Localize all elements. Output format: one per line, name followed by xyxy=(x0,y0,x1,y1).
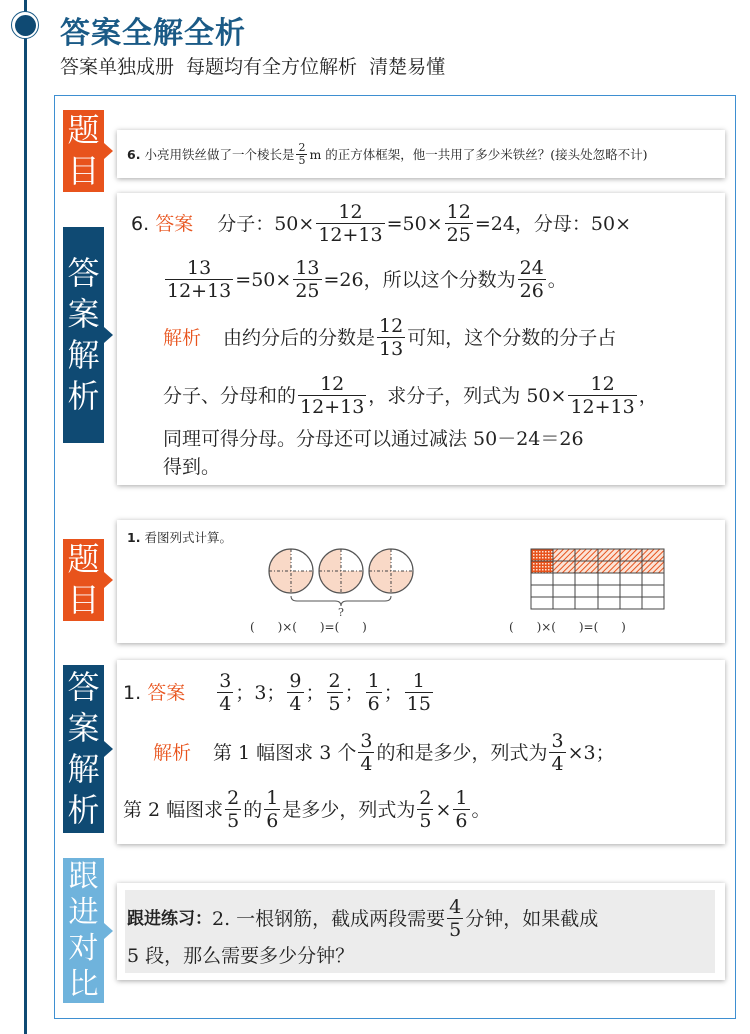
numerator: 9 xyxy=(287,670,303,692)
label-char: 解 xyxy=(67,335,99,376)
text: =50× xyxy=(235,266,291,294)
question-label-1: 题 目 xyxy=(63,110,104,192)
answer-value: 3 xyxy=(254,679,266,707)
numerator: 3 xyxy=(358,730,374,752)
text: 的 xyxy=(243,796,262,824)
fraction: 16 xyxy=(264,787,280,832)
follow-up-panel: 跟进练习： 2. 一根钢筋，截成两段需要 45 分钟，如果截成 5 段，那么需要… xyxy=(125,890,715,973)
text: 的和是多少，列式为 xyxy=(376,739,547,767)
numerator: 1 xyxy=(405,670,433,692)
numerator: 1 xyxy=(264,787,280,809)
label-char: 案 xyxy=(67,294,99,335)
text: =50× xyxy=(387,210,443,238)
label-char: 析 xyxy=(67,376,99,417)
page-subtitle: 答案单独成册 每题均有全方位解析 清楚易懂 xyxy=(60,52,445,79)
fraction: 25 xyxy=(327,670,343,715)
denominator: 4 xyxy=(358,752,374,775)
timeline-line xyxy=(24,0,27,1034)
text: 第 1 幅图求 3 个 xyxy=(213,739,356,767)
separator: ； xyxy=(384,679,403,707)
fraction: 16 xyxy=(453,787,469,832)
separator: ； xyxy=(235,679,254,707)
circles-figure: ? xyxy=(267,546,417,618)
denominator: 5 xyxy=(417,809,433,832)
blank-expression-1: ( )×( )=( ) xyxy=(250,620,367,634)
text: × xyxy=(435,796,451,824)
text: 分钟，如果截成 xyxy=(465,905,598,933)
fraction: 25 xyxy=(225,787,241,832)
label-char: 比 xyxy=(69,967,99,1003)
numerator: 2 xyxy=(417,787,433,809)
text: 分子、分母和的 xyxy=(163,382,296,410)
numerator: 3 xyxy=(549,730,565,752)
question-card-1: 6. 小亮用铁丝做了一个棱长是 2 5 m 的正方体框架，他一共用了多少米铁丝？… xyxy=(117,130,725,178)
numerator: 12 xyxy=(568,373,636,395)
text: =26，所以这个分数为 xyxy=(324,266,516,294)
fraction: 1212+13 xyxy=(298,373,366,418)
denominator: 5 xyxy=(447,918,463,941)
answer-tag: 答案 xyxy=(155,210,193,238)
text: ，求分子，列式为 50× xyxy=(368,382,566,410)
fraction: 1325 xyxy=(293,257,321,302)
numerator: 12 xyxy=(298,373,366,395)
numerator: 4 xyxy=(447,896,463,918)
fraction: 2 5 xyxy=(296,142,307,167)
label-char: 析 xyxy=(67,790,99,831)
numerator: 2 xyxy=(225,787,241,809)
fraction: 34 xyxy=(217,670,233,715)
denominator: 12+13 xyxy=(316,223,384,246)
text: 可知，这个分数的分子占 xyxy=(407,324,616,352)
label-char: 目 xyxy=(67,580,99,621)
text: 得到。 xyxy=(163,453,220,481)
svg-text:?: ? xyxy=(338,606,344,618)
numerator: 2 xyxy=(327,670,343,692)
text: 第 2 幅图求 xyxy=(123,796,223,824)
fraction: 94 xyxy=(287,670,303,715)
text: 由约分后的分数是 xyxy=(223,324,375,352)
numerator: 1 xyxy=(453,787,469,809)
answer-tag: 答案 xyxy=(147,679,185,707)
blank-expression-2: ( )×( )=( ) xyxy=(509,620,626,634)
label-char: 对 xyxy=(69,931,99,967)
denominator: 12+13 xyxy=(298,395,366,418)
follow-up-label: 跟 进 对 比 xyxy=(63,858,104,1003)
fraction: 34 xyxy=(358,730,374,775)
text: 5 段，那么需要多少分钟？ xyxy=(127,942,354,970)
denominator: 5 xyxy=(296,154,307,167)
denominator: 15 xyxy=(405,692,433,715)
text: 分子：50× xyxy=(217,210,314,238)
separator: ； xyxy=(345,679,364,707)
text: 2. 一根钢筋，截成两段需要 xyxy=(212,905,445,933)
fraction: 34 xyxy=(549,730,565,775)
label-char: 题 xyxy=(67,110,99,151)
text: ， xyxy=(639,382,658,410)
denominator: 25 xyxy=(445,223,473,246)
numerator: 13 xyxy=(165,257,233,279)
denominator: 26 xyxy=(518,279,546,302)
numerator: 12 xyxy=(377,315,405,337)
label-char: 目 xyxy=(67,151,99,192)
fraction: 1213 xyxy=(377,315,405,360)
answer-label-1: 答 案 解 析 xyxy=(63,227,104,443)
denominator: 13 xyxy=(377,337,405,360)
fraction: 1225 xyxy=(445,201,473,246)
follow-up-tag: 跟进练习： xyxy=(127,905,212,933)
grid-figure xyxy=(530,548,666,610)
question-number: 6. xyxy=(127,147,140,162)
answer-card-2: 1. 答案 34 ； 3 ； 94 ； 25 ； 16 ； 115 解析 第 1… xyxy=(117,660,725,844)
question-card-2: 1. 看图列式计算。 ? xyxy=(117,520,725,643)
text: 。 xyxy=(472,796,491,824)
denominator: 6 xyxy=(366,692,382,715)
answer-number: 1. xyxy=(123,679,141,707)
label-char: 解 xyxy=(67,749,99,790)
numerator: 1 xyxy=(366,670,382,692)
denominator: 4 xyxy=(549,752,565,775)
fraction: 1312+13 xyxy=(165,257,233,302)
separator: ； xyxy=(266,679,285,707)
denominator: 12+13 xyxy=(165,279,233,302)
label-char: 案 xyxy=(67,708,99,749)
numerator: 3 xyxy=(217,670,233,692)
follow-up-card: 跟进练习： 2. 一根钢筋，截成两段需要 45 分钟，如果截成 5 段，那么需要… xyxy=(117,883,725,980)
denominator: 6 xyxy=(453,809,469,832)
denominator: 12+13 xyxy=(568,395,636,418)
denominator: 4 xyxy=(287,692,303,715)
fraction: 1212+13 xyxy=(568,373,636,418)
question-number: 1. xyxy=(127,530,140,545)
text: 同理可得分母。分母还可以通过减法 50－24＝26 xyxy=(163,425,584,453)
text: =24，分母：50× xyxy=(475,210,631,238)
text: 是多少，列式为 xyxy=(282,796,415,824)
question-text: 小亮用铁丝做了一个棱长是 xyxy=(144,145,294,163)
numerator: 13 xyxy=(293,257,321,279)
denominator: 4 xyxy=(217,692,233,715)
timeline-dot xyxy=(15,15,36,36)
numerator: 2 xyxy=(296,142,307,154)
analysis-tag: 解析 xyxy=(153,739,191,767)
label-char: 题 xyxy=(67,539,99,580)
denominator: 25 xyxy=(293,279,321,302)
fraction: 2426 xyxy=(518,257,546,302)
question-text: m 的正方体框架，他一共用了多少米铁丝？(接头处忽略不计) xyxy=(309,145,647,163)
text: ×3； xyxy=(568,739,615,767)
label-char: 进 xyxy=(69,895,99,931)
question-label-2: 题 目 xyxy=(63,539,104,621)
analysis-tag: 解析 xyxy=(163,324,201,352)
page-title: 答案全解全析 xyxy=(60,8,246,52)
label-char: 答 xyxy=(67,253,99,294)
separator: ； xyxy=(306,679,325,707)
text: 。 xyxy=(548,266,567,294)
answer-label-2: 答 案 解 析 xyxy=(63,665,104,833)
fraction: 16 xyxy=(366,670,382,715)
answer-number: 6. xyxy=(131,210,149,238)
label-char: 跟 xyxy=(69,859,99,895)
fraction: 45 xyxy=(447,896,463,941)
denominator: 5 xyxy=(327,692,343,715)
fraction: 115 xyxy=(405,670,433,715)
fraction: 25 xyxy=(417,787,433,832)
denominator: 5 xyxy=(225,809,241,832)
denominator: 6 xyxy=(264,809,280,832)
label-char: 答 xyxy=(67,667,99,708)
numerator: 24 xyxy=(518,257,546,279)
answer-card-1: 6. 答案 分子：50× 1212+13 =50× 1225 =24，分母：50… xyxy=(117,193,725,485)
numerator: 12 xyxy=(445,201,473,223)
numerator: 12 xyxy=(316,201,384,223)
fraction: 1212+13 xyxy=(316,201,384,246)
question-text: 看图列式计算。 xyxy=(144,528,232,546)
